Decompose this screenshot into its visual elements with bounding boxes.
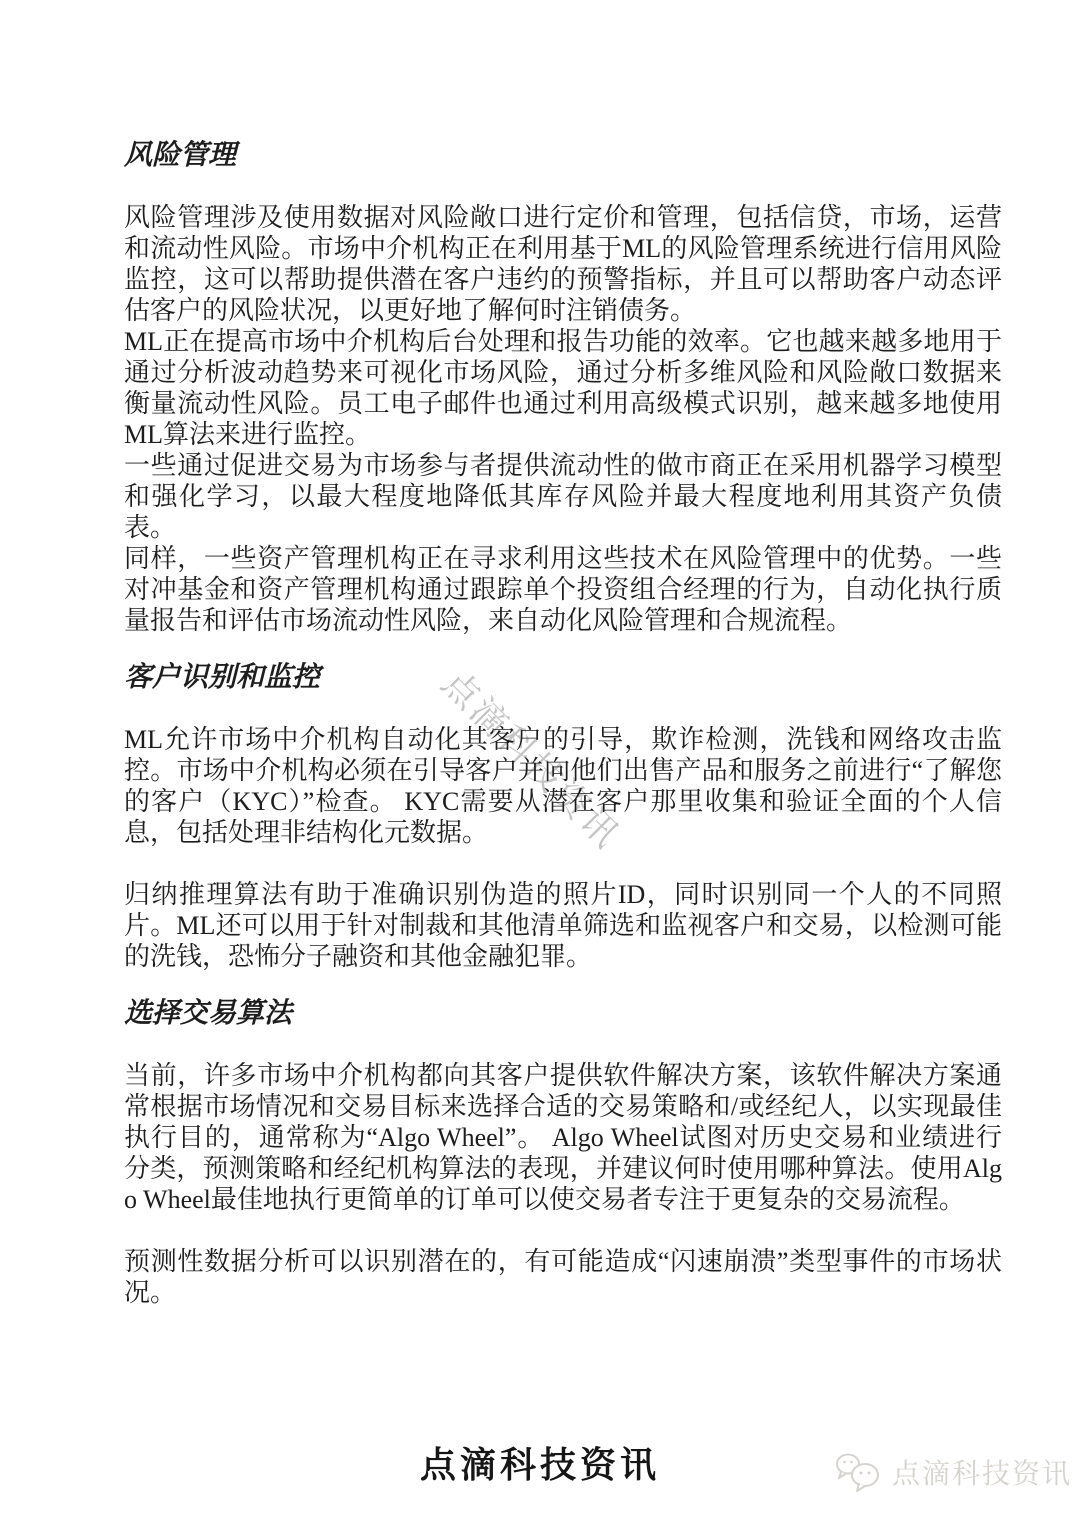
section-heading: 客户识别和监控: [124, 662, 1002, 694]
section-heading: 风险管理: [124, 140, 1002, 172]
section-customer-identification: 客户识别和监控 ML允许市场中介机构自动化其客户的引导，欺诈检测，洗钱和网络攻击…: [124, 662, 1002, 972]
corner-watermark-label: 点滴科技资讯: [892, 1452, 1072, 1492]
section-heading: 选择交易算法: [124, 998, 1002, 1030]
paragraph: 一些通过促进交易为市场参与者提供流动性的做市商正在采用机器学习模型和强化学习，以…: [124, 450, 1002, 543]
paragraph: 当前，许多市场中介机构都向其客户提供软件解决方案，该软件解决方案通常根据市场情况…: [124, 1060, 1002, 1215]
section-trading-algorithms: 选择交易算法 当前，许多市场中介机构都向其客户提供软件解决方案，该软件解决方案通…: [124, 998, 1002, 1308]
paragraph: ML正在提高市场中介机构后台处理和报告功能的效率。它也越来越多地用于通过分析波动…: [124, 326, 1002, 450]
paragraph: ML允许市场中介机构自动化其客户的引导，欺诈检测，洗钱和网络攻击监控。市场中介机…: [124, 724, 1002, 848]
paragraph: 预测性数据分析可以识别潜在的，有可能造成“闪速崩溃”类型事件的市场状况。: [124, 1246, 1002, 1308]
document-page: 点滴科技资讯 风险管理 风险管理涉及使用数据对风险敞口进行定价和管理，包括信贷，…: [0, 0, 1080, 1528]
wechat-icon: [833, 1450, 885, 1494]
paragraph: 归纳推理算法有助于准确识别伪造的照片ID，同时识别同一个人的不同照片。ML还可以…: [124, 879, 1002, 972]
paragraph: 同样，一些资产管理机构正在寻求利用这些技术在风险管理中的优势。一些对冲基金和资产…: [124, 543, 1002, 636]
document-content: 风险管理 风险管理涉及使用数据对风险敞口进行定价和管理，包括信贷，市场，运营和流…: [124, 140, 1002, 1308]
corner-watermark: 点滴科技资讯: [833, 1450, 1072, 1494]
section-risk-management: 风险管理 风险管理涉及使用数据对风险敞口进行定价和管理，包括信贷，市场，运营和流…: [124, 140, 1002, 636]
paragraph: 风险管理涉及使用数据对风险敞口进行定价和管理，包括信贷，市场，运营和流动性风险。…: [124, 202, 1002, 326]
